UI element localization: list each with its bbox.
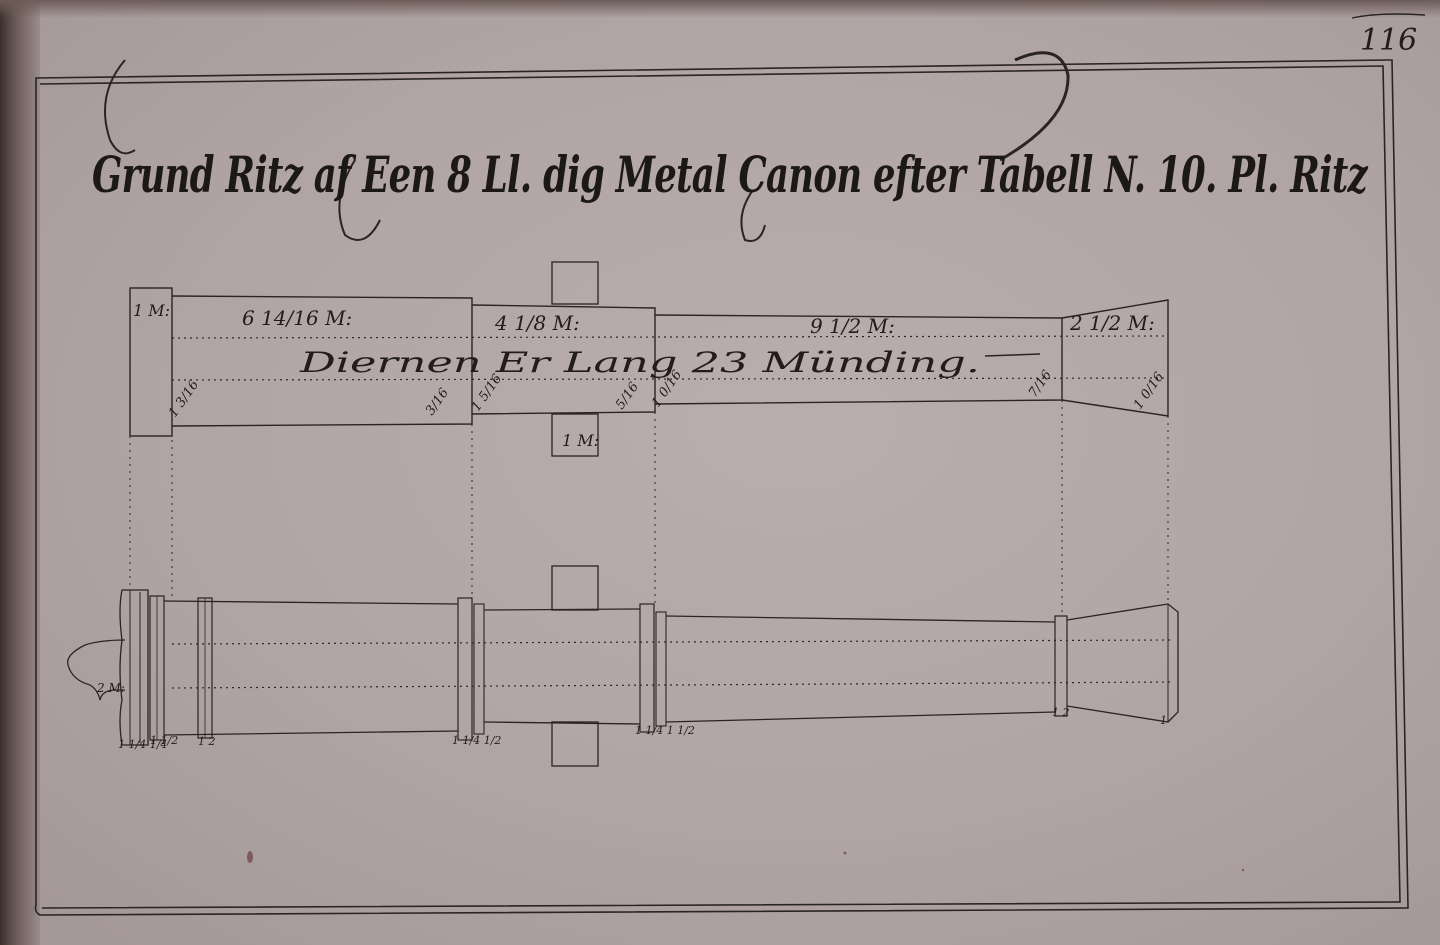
manuscript-page: 116 Grund Ritz af Een 8 Ll. dig Metal Ca…: [0, 0, 1440, 945]
chase-label: 9 1/2 M:: [810, 314, 895, 338]
svg-text:7/16: 7/16: [1026, 368, 1055, 401]
svg-text:3/16: 3/16: [423, 386, 452, 419]
svg-text:1 1/4 1/2: 1 1/4 1/2: [452, 734, 501, 747]
page-title: Grund Ritz af Een 8 Ll. dig Metal Canon …: [92, 145, 1369, 204]
page-number: 116: [1352, 14, 1425, 58]
svg-text:5/16: 5/16: [613, 380, 642, 413]
page-number-text: 116: [1360, 23, 1417, 58]
svg-text:1: 1: [1160, 714, 1167, 727]
svg-text:1 2: 1 2: [1052, 706, 1070, 719]
trunnion-top: [552, 262, 598, 304]
svg-text:1 1/4 1 1/2: 1 1/4 1 1/2: [635, 724, 695, 737]
ink-stain: [247, 851, 253, 863]
drawing-sheet: 116 Grund Ritz af Een 8 Ll. dig Metal Ca…: [0, 0, 1440, 945]
svg-text:1 0/16: 1 0/16: [1131, 370, 1167, 413]
elevation-view: 2 M:: [68, 566, 1178, 766]
muzzle-label: 2 1/2 M:: [1069, 311, 1155, 335]
first-reinforce-label: 6 14/16 M:: [242, 306, 352, 330]
elev-trunnion-top: [552, 566, 598, 610]
second-reinforce-label: 4 1/8 M:: [494, 311, 580, 335]
plan-caption: Diernen Er Lang 23 Münding.: [298, 346, 980, 379]
svg-text:1 2: 1 2: [198, 735, 216, 748]
cascabel-label: 1 M:: [133, 301, 170, 320]
elev-trunnion-bottom: [552, 722, 598, 766]
plan-view: 1 M: 6 14/16 M: 4 1/8 M: 9 1/2 M: 2 1/2 …: [130, 262, 1168, 456]
projection-lines: [130, 400, 1168, 615]
trunnion-label: 1 M:: [562, 431, 599, 450]
svg-text:1 1/2: 1 1/2: [150, 734, 178, 747]
